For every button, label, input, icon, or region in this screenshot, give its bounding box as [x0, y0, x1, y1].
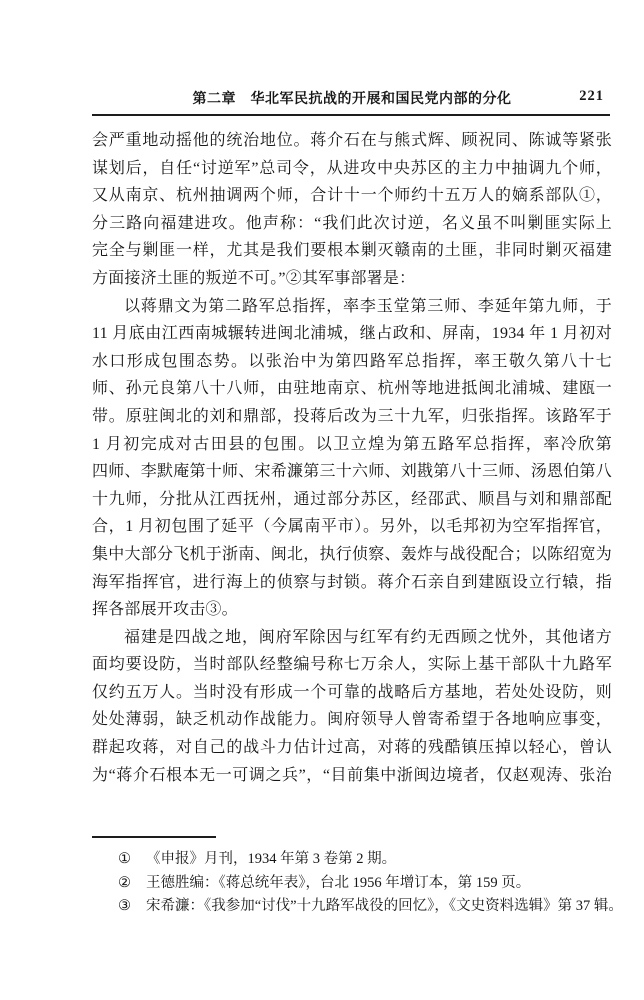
footnote-separator [92, 836, 216, 838]
footnote-marker: ② [118, 872, 131, 896]
body-line: 集中大部分飞机于浙南、闽北，执行侦察、轰炸与战役配合；以陈绍宽为 [92, 541, 612, 569]
body-line: 四师、李默庵第十师、宋希濂第三十六师、刘戡第八十三师、汤恩伯第八 [92, 458, 612, 486]
body-line: 带。原驻闽北的刘和鼎部，投蒋后改为三十九军，归张指挥。该路军于 [92, 403, 612, 431]
body-line: 11 月底由江西南城辗转进闽北浦城，继占政和、屏南，1934 年 1 月初对 [92, 320, 612, 348]
body-line: 谋划后，自任“讨逆军”总司令，从进攻中央苏区的主力中抽调九个师， [92, 155, 612, 183]
body-line: 为“蒋介石根本无一可调之兵”，“目前集中浙闽边境者，仅赵观涛、张治 [92, 762, 612, 790]
body-line: 方面接济土匪的叛逆不可。”②其军事部署是： [92, 265, 612, 293]
body-line: 水口形成包围态势。以张治中为第四路军总指挥，率王敬久第八十七 [92, 348, 612, 376]
body-line: 海军指挥官，进行海上的侦察与封锁。蒋介石亲自到建瓯设立行辕，指 [92, 569, 612, 597]
footnote-marker: ① [118, 848, 131, 872]
body-text: 会严重地动摇他的统治地位。蒋介石在与熊式辉、顾祝同、陈诚等紧张谋划后，自任“讨逆… [92, 127, 612, 789]
footnote-text: 王德胜编：《蒋总统年表》，台北 1956 年增订本，第 159 页。 [146, 872, 622, 896]
header-rule [92, 114, 610, 116]
body-line: 群起攻蒋，对自己的战斗力估计过高，对蒋的残酷镇压掉以轻心，曾认 [92, 734, 612, 762]
body-line: 又从南京、杭州抽调两个师，合计十一个师约十五万人的嫡系部队①， [92, 182, 612, 210]
page-number: 221 [579, 88, 604, 105]
body-line: 面均要设防，当时部队经整编号称七万余人，实际上基干部队十九路军 [92, 651, 612, 679]
body-line: 仅约五万人。当时没有形成一个可靠的战略后方基地，若处处设防，则 [92, 679, 612, 707]
body-line: 完全与剿匪一样，尤其是我们要根本剿灭赣南的土匪，非同时剿灭福建 [92, 237, 612, 265]
footnote-text: 宋希濂：《我参加“讨伐”十九路军战役的回忆》，《文史资料选辑》第 37 辑。 [146, 895, 623, 919]
footnote-item: ③宋希濂：《我参加“讨伐”十九路军战役的回忆》，《文史资料选辑》第 37 辑。 [92, 895, 622, 919]
book-page: 第二章 华北军民抗战的开展和国民党内部的分化 221 会严重地动摇他的统治地位。… [0, 0, 644, 1000]
body-line: 以蒋鼎文为第二路军总指挥，率李玉堂第三师、李延年第九师，于 [92, 293, 612, 321]
chapter-title: 第二章 华北军民抗战的开展和国民党内部的分化 [92, 88, 612, 108]
body-line: 1 月初完成对古田县的包围。以卫立煌为第五路军总指挥，率冷欣第 [92, 431, 612, 459]
footnote-marker: ③ [118, 895, 131, 919]
body-line: 师、孙元良第八十八师，由驻地南京、杭州等地进抵闽北浦城、建瓯一 [92, 375, 612, 403]
body-line: 挥各部展开攻击③。 [92, 596, 612, 624]
body-line: 分三路向福建进攻。他声称：“我们此次讨逆，名义虽不叫剿匪实际上 [92, 210, 612, 238]
body-line: 合，1 月初包围了延平（今属南平市）。另外，以毛邦初为空军指挥官， [92, 513, 612, 541]
footnotes: ①《申报》月刊，1934 年第 3 卷第 2 期。②王德胜编：《蒋总统年表》，台… [92, 848, 622, 919]
footnote-item: ①《申报》月刊，1934 年第 3 卷第 2 期。 [92, 848, 622, 872]
body-line: 会严重地动摇他的统治地位。蒋介石在与熊式辉、顾祝同、陈诚等紧张 [92, 127, 612, 155]
footnote-item: ②王德胜编：《蒋总统年表》，台北 1956 年增订本，第 159 页。 [92, 872, 622, 896]
body-line: 处处薄弱，缺乏机动作战能力。闽府领导人曾寄希望于各地响应事变， [92, 706, 612, 734]
body-line: 福建是四战之地，闽府军除因与红军有约无西顾之忧外，其他诸方 [92, 624, 612, 652]
body-line: 十九师，分批从江西抚州，通过部分苏区，经邵武、顺昌与刘和鼎部配 [92, 486, 612, 514]
running-head: 第二章 华北军民抗战的开展和国民党内部的分化 221 [92, 88, 612, 108]
footnote-text: 《申报》月刊，1934 年第 3 卷第 2 期。 [146, 848, 622, 872]
